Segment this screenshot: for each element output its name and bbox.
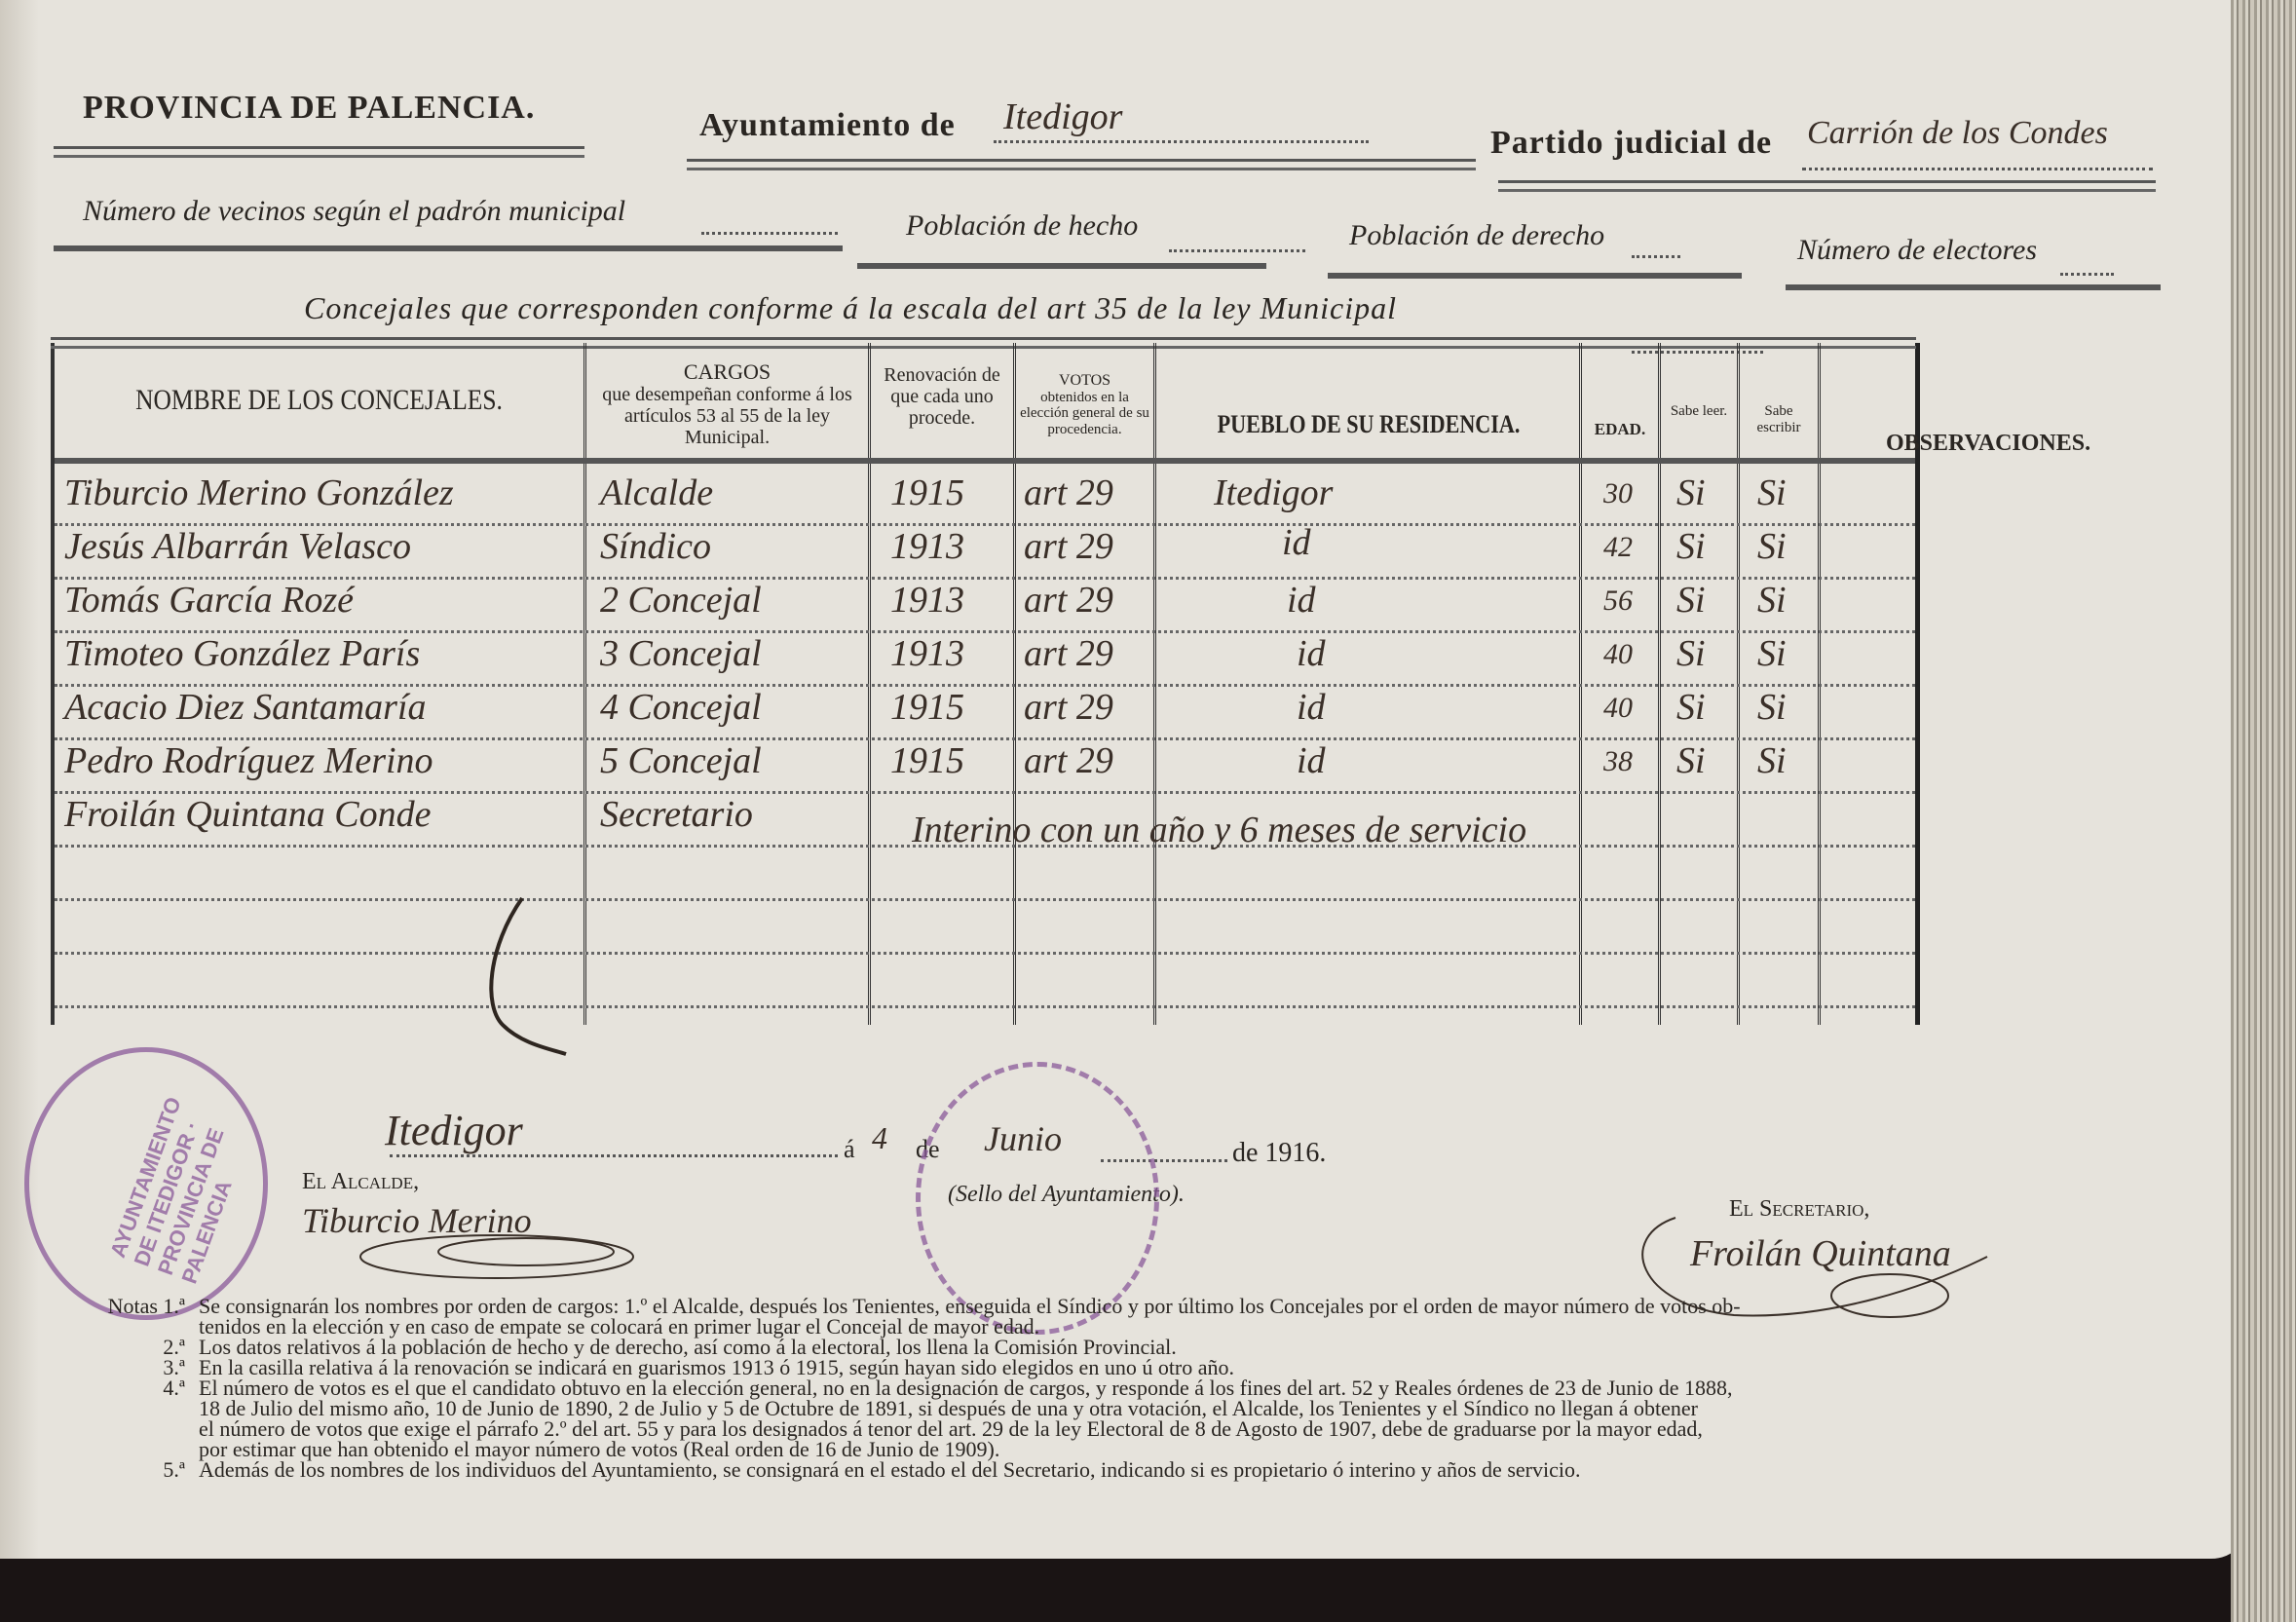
- table-row: Froilán Quintana Conde Secretario Interi…: [55, 789, 1915, 843]
- votos-cell: art 29: [1024, 686, 1113, 729]
- leer-cell: Si: [1676, 525, 1706, 568]
- escribir-cell: Si: [1757, 525, 1787, 568]
- derecho-field[interactable]: [1632, 255, 1680, 258]
- nombre-cell: Tomás García Rozé: [64, 579, 354, 622]
- note-text: El número de votos es el que el candidat…: [199, 1377, 1733, 1398]
- date-day: 4: [872, 1120, 887, 1156]
- nombre-cell: Pedro Rodríguez Merino: [64, 739, 433, 782]
- edad-cell: 40: [1603, 692, 1633, 725]
- escribir-cell: Si: [1757, 739, 1787, 782]
- escribir-cell: Si: [1757, 579, 1787, 622]
- vecinos-rule: [54, 245, 843, 251]
- alcalde-label: El Alcalde,: [302, 1169, 419, 1195]
- pueblo-cell: id: [1297, 686, 1326, 729]
- pueblo-cell: Itedigor: [1214, 472, 1333, 514]
- ayuntamiento-label: Ayuntamiento de: [699, 107, 956, 144]
- stamp-text: AYUNTAMIENTO DE ITEDIGOR · PROVINCIA DE …: [105, 1094, 258, 1287]
- note-number: 3.ª: [58, 1357, 199, 1377]
- book-page-edges: [2231, 0, 2296, 1622]
- row-line: [55, 952, 1915, 955]
- escribir-cell: Si: [1757, 686, 1787, 729]
- header-bottom-rule: [55, 458, 1915, 464]
- votos-cell: art 29: [1024, 739, 1113, 782]
- cargo-cell: 3 Concejal: [600, 632, 762, 675]
- partido-label: Partido judicial de: [1490, 125, 1772, 162]
- secretario-note: Interino con un año y 6 meses de servici…: [912, 809, 1526, 851]
- alcalde-flourish-icon: [351, 1218, 662, 1296]
- edad-cell: 56: [1603, 585, 1633, 618]
- electores-field[interactable]: [2060, 273, 2114, 276]
- concejales-table: NOMBRE DE LOS CONCEJALES. CARGOS que des…: [51, 343, 1920, 1025]
- renovacion-cell: 1913: [890, 579, 964, 622]
- votos-cell: art 29: [1024, 525, 1113, 568]
- document-page: PROVINCIA DE PALENCIA. Ayuntamiento de I…: [0, 0, 2250, 1559]
- partido-rule: [1498, 180, 2156, 192]
- hecho-rule: [857, 263, 1266, 269]
- nombre-cell: Acacio Diez Santamaría: [64, 686, 427, 729]
- cargo-cell: Secretario: [600, 793, 753, 836]
- pueblo-cell: id: [1287, 579, 1316, 622]
- leer-cell: Si: [1676, 739, 1706, 782]
- leer-cell: Si: [1676, 686, 1706, 729]
- table-row: Acacio Diez Santamaría 4 Concejal 1915 a…: [55, 682, 1915, 736]
- notes-label-number: Notas 1.ª: [58, 1296, 199, 1316]
- note-text: En la casilla relativa á la renovación s…: [199, 1357, 1234, 1377]
- derecho-label: Población de derecho: [1349, 219, 1604, 252]
- edad-cell: 38: [1603, 745, 1633, 778]
- date-year: de 1916.: [1232, 1138, 1326, 1169]
- hecho-label: Población de hecho: [906, 209, 1138, 243]
- note-number: 2.ª: [58, 1337, 199, 1357]
- ayuntamiento-rule: [687, 159, 1476, 170]
- note-number: 4.ª: [58, 1377, 199, 1398]
- edad-cell: 30: [1603, 477, 1633, 510]
- cargo-cell: 2 Concejal: [600, 579, 762, 622]
- table-row: Pedro Rodríguez Merino 5 Concejal 1915 a…: [55, 736, 1915, 789]
- renovacion-cell: 1915: [890, 686, 964, 729]
- note-item: Notas 1.ª Se consignarán los nombres por…: [58, 1296, 2182, 1316]
- leer-cell: Si: [1676, 579, 1706, 622]
- row-line: [55, 1005, 1915, 1008]
- table-row: Tiburcio Merino González Alcalde 1915 ar…: [55, 468, 1915, 521]
- table-row: Jesús Albarrán Velasco Síndico 1913 art …: [55, 521, 1915, 575]
- province-rule: [54, 146, 584, 158]
- table-row: Timoteo González París 3 Concejal 1913 a…: [55, 628, 1915, 682]
- col-header-votos: VOTOS obtenidos en la elección general d…: [1019, 372, 1150, 437]
- col-header-escribir: Sabe escribir: [1742, 403, 1816, 435]
- partido-value: Carrión de los Condes: [1807, 115, 2108, 152]
- escribir-cell: Si: [1757, 632, 1787, 675]
- electores-rule: [1786, 284, 2161, 290]
- note-item: 4.ª El número de votos es el que el cand…: [58, 1377, 2182, 1398]
- cargo-cell: 5 Concejal: [600, 739, 762, 782]
- col-header-renovacion: Renovación de que cada uno procede.: [873, 364, 1011, 429]
- note-item: 3.ª En la casilla relativa á la renovaci…: [58, 1357, 2182, 1377]
- table-row: Tomás García Rozé 2 Concejal 1913 art 29…: [55, 575, 1915, 628]
- note-continuation: por estimar que han obtenido el mayor nú…: [58, 1439, 2182, 1459]
- votos-cell: art 29: [1024, 632, 1113, 675]
- partido-field-line: [1802, 164, 2153, 170]
- votos-subtitle: obtenidos en la elección general de su p…: [1019, 390, 1150, 438]
- cargo-cell: Alcalde: [600, 472, 713, 514]
- ayuntamiento-value: Itedigor: [1003, 95, 1122, 138]
- province-title: PROVINCIA DE PALENCIA.: [83, 90, 535, 127]
- nombre-cell: Timoteo González París: [64, 632, 420, 675]
- ayuntamiento-stamp-left: AYUNTAMIENTO DE ITEDIGOR · PROVINCIA DE …: [24, 1047, 268, 1320]
- col-header-nombre: NOMBRE DE LOS CONCEJALES.: [94, 384, 545, 416]
- col-header-pueblo: PUEBLO DE SU RESIDENCIA.: [1191, 411, 1546, 439]
- page-gutter-shade: [0, 0, 39, 1559]
- note-text: Además de los nombres de los individuos …: [199, 1459, 1580, 1480]
- nombre-cell: Tiburcio Merino González: [64, 472, 454, 514]
- note-item: 5.ª Además de los nombres de los individ…: [58, 1459, 2182, 1480]
- renovacion-cell: 1915: [890, 472, 964, 514]
- concejales-subtitle: Concejales que corresponden conforme á l…: [304, 290, 1397, 326]
- votos-cell: art 29: [1024, 579, 1113, 622]
- nombre-cell: Jesús Albarrán Velasco: [64, 525, 411, 568]
- cargo-cell: Síndico: [600, 525, 711, 568]
- note-continuation: el número de votos que exige el párrafo …: [58, 1418, 2182, 1439]
- col-header-edad: EDAD.: [1584, 421, 1656, 439]
- renovacion-cell: 1915: [890, 739, 964, 782]
- edad-cell: 40: [1603, 638, 1633, 671]
- notes-label: Notas: [108, 1294, 158, 1318]
- cargos-subtitle: que desempeñan conforme á los artículos …: [588, 384, 866, 448]
- leer-cell: Si: [1676, 472, 1706, 514]
- observaciones-header-text: OBSERVACIONES.: [1886, 431, 2090, 457]
- pueblo-cell: id: [1282, 521, 1311, 564]
- votos-title: VOTOS: [1019, 372, 1150, 390]
- note-number: 1.ª: [163, 1294, 185, 1318]
- nombre-cell: Froilán Quintana Conde: [64, 793, 431, 836]
- note-number: 5.ª: [58, 1459, 199, 1480]
- note-continuation: 18 de Julio del mismo año, 10 de Junio d…: [58, 1398, 2182, 1418]
- vecinos-field[interactable]: [701, 232, 838, 235]
- col-header-cargos: CARGOS que desempeñan conforme á los art…: [588, 360, 866, 448]
- notes-section: Notas 1.ª Se consignarán los nombres por…: [58, 1296, 2182, 1480]
- pueblo-cell: id: [1297, 739, 1326, 782]
- derecho-rule: [1328, 273, 1742, 279]
- note-item: 2.ª Los datos relativos á la población d…: [58, 1337, 2182, 1357]
- note-text: Se consignarán los nombres por orden de …: [199, 1296, 1741, 1316]
- note-text: Los datos relativos á la población de he…: [199, 1337, 1177, 1357]
- hecho-field[interactable]: [1169, 249, 1305, 252]
- pueblo-cell: id: [1297, 632, 1326, 675]
- renovacion-cell: 1913: [890, 525, 964, 568]
- electores-label: Número de electores: [1797, 234, 2037, 267]
- cargo-cell: 4 Concejal: [600, 686, 762, 729]
- closing-flourish-icon: [483, 888, 571, 1064]
- edad-cell: 42: [1603, 531, 1633, 564]
- date-prefix: á: [844, 1135, 855, 1164]
- row-line: [55, 898, 1915, 901]
- place-signature: Itedigor: [385, 1106, 523, 1155]
- table-top-rule: [51, 337, 1916, 349]
- escribir-cell: Si: [1757, 472, 1787, 514]
- vecinos-label: Número de vecinos según el padrón munici…: [83, 195, 625, 228]
- col-header-leer: Sabe leer.: [1663, 403, 1735, 420]
- renovacion-cell: 1913: [890, 632, 964, 675]
- cargos-title: CARGOS: [588, 360, 866, 384]
- leer-cell: Si: [1676, 632, 1706, 675]
- note-continuation: tenidos en la elección y en caso de empa…: [58, 1316, 2182, 1337]
- place-field-line: [390, 1154, 838, 1157]
- votos-cell: art 29: [1024, 472, 1113, 514]
